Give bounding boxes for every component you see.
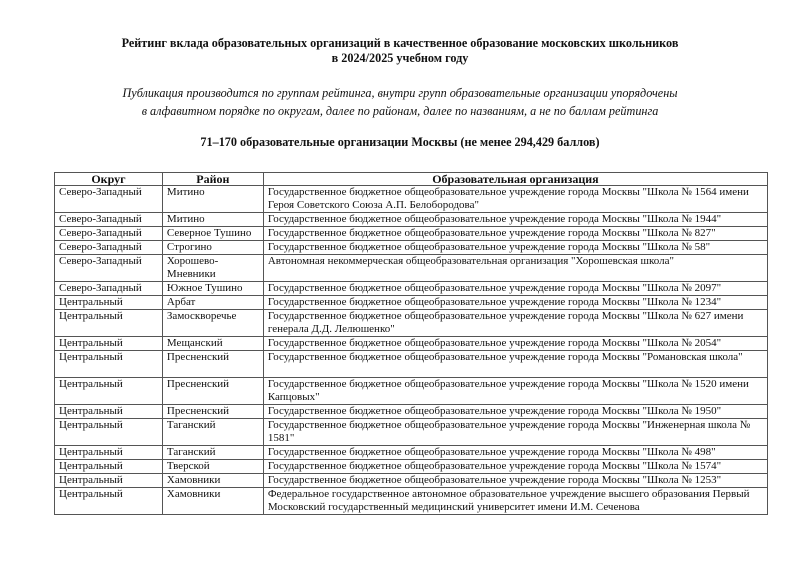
cell-organization: Государственное бюджетное общеобразовате… (263, 186, 767, 213)
cell-okrug: Центральный (55, 460, 163, 474)
title-line-1: Рейтинг вклада образовательных организац… (0, 36, 800, 51)
subtitle-line-2: в алфавитном порядке по округам, далее п… (0, 102, 800, 120)
cell-rayon: Мещанский (162, 337, 263, 351)
cell-rayon: Пресненский (162, 378, 263, 405)
table-row: ЦентральныйТаганскийГосударственное бюдж… (55, 419, 768, 446)
table-row: ЦентральныйХамовникиГосударственное бюдж… (55, 474, 768, 488)
cell-organization: Государственное бюджетное общеобразовате… (263, 378, 767, 405)
table-row: ЦентральныйЗамоскворечьеГосударственное … (55, 310, 768, 337)
cell-organization: Государственное бюджетное общеобразовате… (263, 460, 767, 474)
cell-okrug: Северо-Западный (55, 213, 163, 227)
cell-organization: Государственное бюджетное общеобразовате… (263, 474, 767, 488)
cell-okrug: Северо-Западный (55, 282, 163, 296)
cell-okrug: Северо-Западный (55, 255, 163, 282)
cell-rayon: Арбат (162, 296, 263, 310)
cell-organization: Государственное бюджетное общеобразовате… (263, 310, 767, 337)
table-row: ЦентральныйПресненскийГосударственное бю… (55, 405, 768, 419)
cell-okrug: Северо-Западный (55, 227, 163, 241)
cell-rayon: Строгино (162, 241, 263, 255)
header-okrug: Округ (55, 173, 163, 186)
table-row: ЦентральныйТверскойГосударственное бюдже… (55, 460, 768, 474)
table-row: Северо-ЗападныйМитиноГосударственное бюд… (55, 186, 768, 213)
cell-rayon: Таганский (162, 446, 263, 460)
cell-okrug: Центральный (55, 296, 163, 310)
header-rayon: Район (162, 173, 263, 186)
cell-rayon: Хамовники (162, 474, 263, 488)
cell-organization: Автономная некоммерческая общеобразовате… (263, 255, 767, 282)
cell-rayon: Тверской (162, 460, 263, 474)
table-row: ЦентральныйМещанскийГосударственное бюдж… (55, 337, 768, 351)
cell-organization: Государственное бюджетное общеобразовате… (263, 282, 767, 296)
cell-okrug: Центральный (55, 351, 163, 378)
table-row: Северо-ЗападныйЮжное ТушиноГосударственн… (55, 282, 768, 296)
cell-rayon: Таганский (162, 419, 263, 446)
cell-rayon: Пресненский (162, 405, 263, 419)
cell-okrug: Северо-Западный (55, 241, 163, 255)
table-row: Северо-ЗападныйМитиноГосударственное бюд… (55, 213, 768, 227)
cell-rayon: Митино (162, 213, 263, 227)
cell-rayon: Хорошево-Мневники (162, 255, 263, 282)
header-organization: Образовательная организация (263, 173, 767, 186)
cell-okrug: Центральный (55, 378, 163, 405)
cell-organization: Государственное бюджетное общеобразовате… (263, 213, 767, 227)
cell-okrug: Центральный (55, 337, 163, 351)
table-row: Северо-ЗападныйСеверное ТушиноГосударств… (55, 227, 768, 241)
cell-rayon: Северное Тушино (162, 227, 263, 241)
table-row: ЦентральныйПресненскийГосударственное бю… (55, 378, 768, 405)
title-line-2: в 2024/2025 учебном году (0, 51, 800, 66)
cell-organization: Государственное бюджетное общеобразовате… (263, 419, 767, 446)
cell-organization: Федеральное государственное автономное о… (263, 488, 767, 515)
table-row: ЦентральныйТаганскийГосударственное бюдж… (55, 446, 768, 460)
cell-organization: Государственное бюджетное общеобразовате… (263, 351, 767, 378)
rating-table: Округ Район Образовательная организация … (54, 172, 768, 515)
cell-rayon: Митино (162, 186, 263, 213)
cell-organization: Государственное бюджетное общеобразовате… (263, 227, 767, 241)
cell-organization: Государственное бюджетное общеобразовате… (263, 446, 767, 460)
table-row: ЦентральныйХамовникиФедеральное государс… (55, 488, 768, 515)
cell-okrug: Центральный (55, 488, 163, 515)
cell-okrug: Северо-Западный (55, 186, 163, 213)
cell-okrug: Центральный (55, 446, 163, 460)
document-subtitle: Публикация производится по группам рейти… (0, 84, 800, 120)
group-heading: 71–170 образовательные организации Москв… (0, 135, 800, 150)
table-header-row: Округ Район Образовательная организация (55, 173, 768, 186)
table-row: ЦентральныйАрбатГосударственное бюджетно… (55, 296, 768, 310)
cell-rayon: Замоскворечье (162, 310, 263, 337)
cell-rayon: Южное Тушино (162, 282, 263, 296)
cell-organization: Государственное бюджетное общеобразовате… (263, 296, 767, 310)
table-row: Северо-ЗападныйСтрогиноГосударственное б… (55, 241, 768, 255)
table-row: Северо-ЗападныйХорошево-МневникиАвтономн… (55, 255, 768, 282)
cell-okrug: Центральный (55, 419, 163, 446)
table-row: ЦентральныйПресненскийГосударственное бю… (55, 351, 768, 378)
cell-rayon: Хамовники (162, 488, 263, 515)
document-title: Рейтинг вклада образовательных организац… (0, 36, 800, 66)
cell-okrug: Центральный (55, 310, 163, 337)
cell-organization: Государственное бюджетное общеобразовате… (263, 405, 767, 419)
cell-okrug: Центральный (55, 474, 163, 488)
cell-okrug: Центральный (55, 405, 163, 419)
cell-rayon: Пресненский (162, 351, 263, 378)
cell-organization: Государственное бюджетное общеобразовате… (263, 241, 767, 255)
cell-organization: Государственное бюджетное общеобразовате… (263, 337, 767, 351)
subtitle-line-1: Публикация производится по группам рейти… (0, 84, 800, 102)
